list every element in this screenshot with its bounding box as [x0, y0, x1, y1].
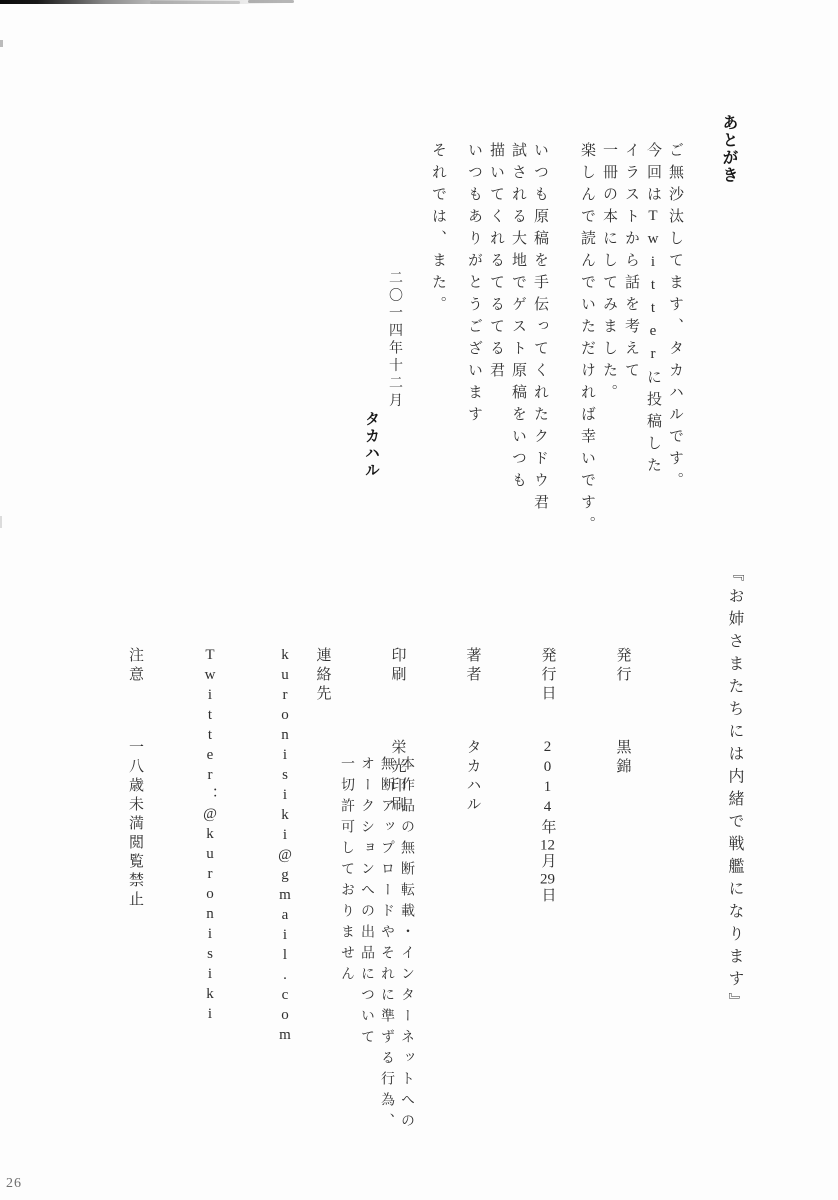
colophon-row-age-notice: 注意一八歳未満閲覧禁止 [116, 647, 154, 1127]
colophon-value: 黒錦 [615, 739, 631, 777]
scan-artifact-left-edge [0, 40, 3, 47]
colophon-label: 連絡先 [303, 647, 341, 739]
colophon-label: 注意 [116, 647, 154, 739]
colophon-label: 発行 [603, 647, 641, 739]
page-number: 26 [6, 1176, 22, 1192]
scan-artifact-smudge [150, 1, 240, 4]
book-title: 『お姉さまたちには内緒で戦艦になります』 [723, 565, 746, 1085]
colophon-row-contact-email: 連絡先kuronisiki@gmail.com [266, 647, 341, 1127]
colophon-label: 発行日 [528, 647, 566, 739]
colophon-row-author: 著者タカハル [453, 647, 491, 1127]
colophon-row-publisher: 発行黒錦 [603, 647, 641, 1127]
colophon-row-publish-date: 発行日2014年12月29日 [528, 647, 566, 1127]
colophon-value: 2014年12月29日 [540, 739, 556, 906]
colophon-email: kuronisiki@gmail.com [277, 647, 293, 1047]
afterword-page: あとがき ご無沙汰してます、タカハルです。 今回はTwitterに投稿した イラ… [0, 0, 838, 1200]
afterword-heading: あとがき [717, 114, 740, 184]
colophon-twitter-handle: Twitter：@kuronisiki [191, 647, 229, 1127]
colophon-label: 印刷 [378, 647, 416, 739]
age-restriction-text: 一八歳未満閲覧禁止 [127, 739, 143, 910]
author-signature: タカハル [361, 411, 382, 501]
afterword-date: 二〇一四年十二月 [384, 270, 404, 430]
scan-artifact-left-edge [0, 516, 2, 528]
reproduction-disclaimer: 本作品の無断転載・インターネットへの 無断アップロードやそれに準ずる行為、 オー… [336, 756, 416, 1156]
afterword-closing-line: それでは、また。 [427, 142, 449, 362]
colophon-label: 著者 [453, 647, 491, 739]
afterword-thanks-paragraph: いつも原稿を手伝ってくれたクドウ君 試される大地でゲスト原稿をいつも 描いてくれ… [463, 142, 551, 552]
afterword-greeting-paragraph: ご無沙汰してます、タカハルです。 今回はTwitterに投稿した イラストから話… [576, 142, 686, 572]
colophon-value: タカハル [465, 739, 481, 815]
scan-artifact-smudge [248, 0, 294, 3]
